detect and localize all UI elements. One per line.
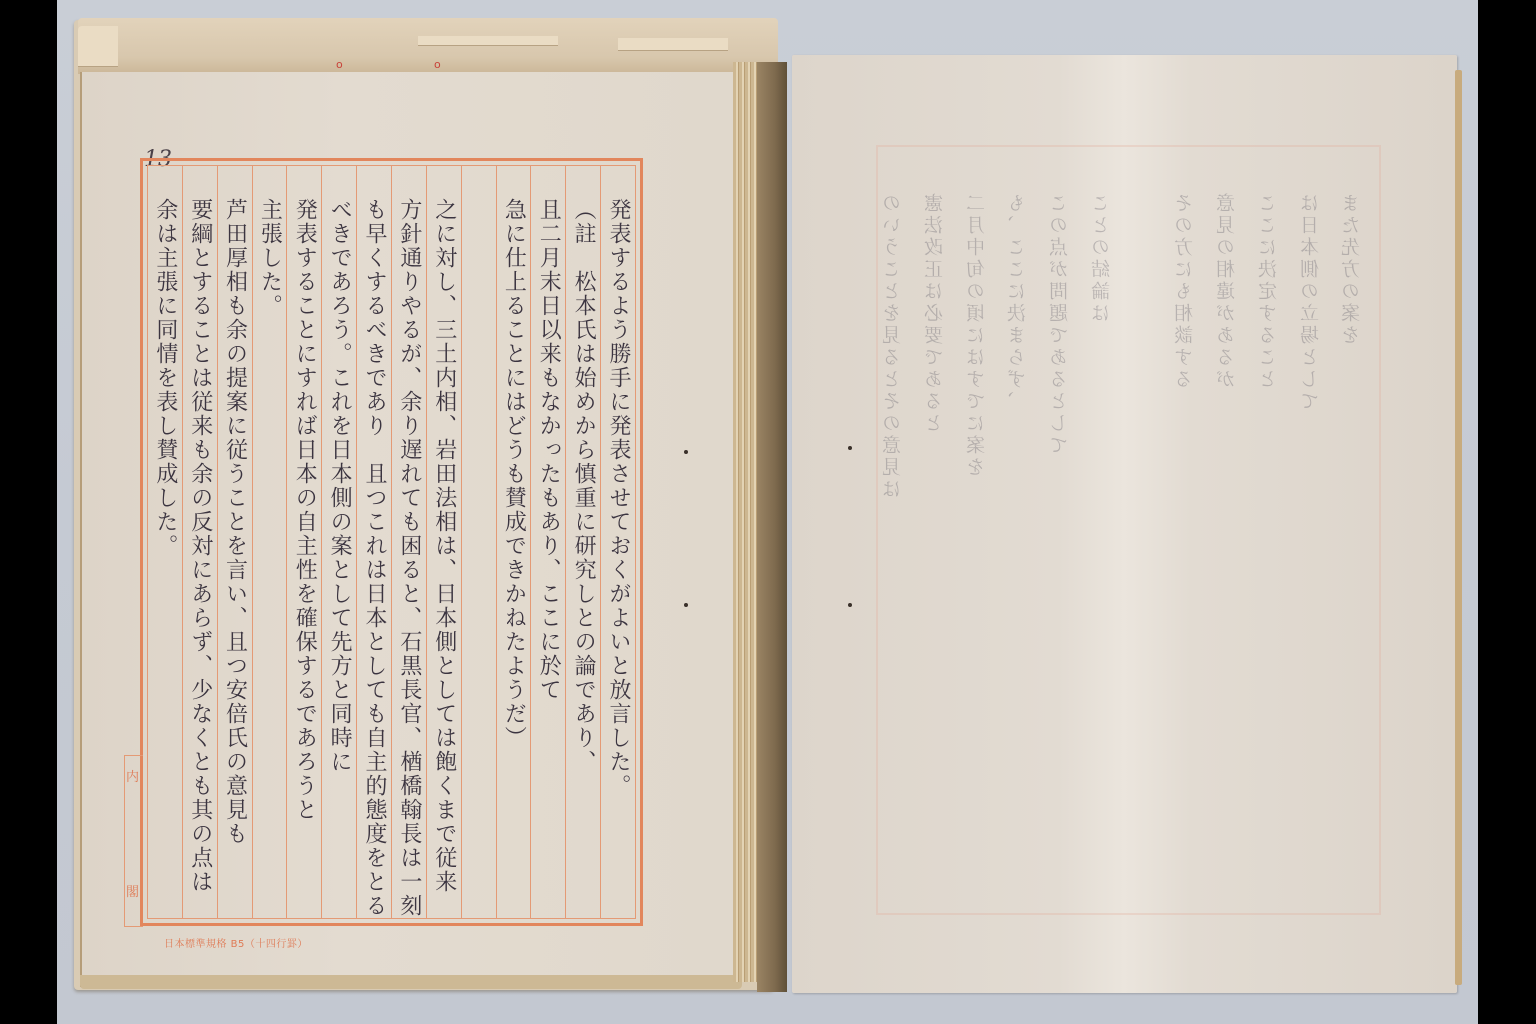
bleed-through-column: も、ここに決まらず、 — [1003, 147, 1045, 913]
cover-red-mark: o — [434, 58, 441, 71]
stamp-char: 閣 — [126, 881, 139, 900]
binding-hole — [848, 603, 852, 607]
manuscript-column: 之に対し、三土内相、岩田法相は、日本側としては飽くまで従来 — [426, 166, 461, 918]
manuscript-column: 要綱とすることは従来も余の反対にあらず、少なくとも其の点は — [182, 166, 217, 918]
manuscript-column: 余は主張に同情を表し賛成した。 — [148, 166, 182, 918]
bleed-through-column — [1129, 147, 1171, 913]
cover-bottom-edge — [80, 975, 742, 989]
binding-hole — [684, 450, 688, 454]
manuscript-column: も早くするべきであり 且つこれは日本としても自主的態度をとる — [356, 166, 391, 918]
bleed-through-column: は日本側の立場として — [1296, 147, 1338, 913]
torn-paper-strip — [418, 36, 558, 46]
bleed-through-column: この点が問題であるとして — [1045, 147, 1087, 913]
bleed-through-column: 意見の相違があるが — [1212, 147, 1254, 913]
left-manuscript-page: 13 発表するよう勝手に発表させておくがよいと放言した。 （註 松本氏は始めから… — [80, 72, 738, 987]
manuscript-column: （註 松本氏は始めから慎重に研究しとの論であり、 — [565, 166, 600, 918]
bleed-through-column: ここに決定すること — [1254, 147, 1296, 913]
manuscript-column: 発表するよう勝手に発表させておくがよいと放言した。 — [600, 166, 635, 918]
binding-hole — [848, 446, 852, 450]
manuscript-column: 発表することにすれば日本の自主性を確保するであろうと — [286, 166, 321, 918]
bleed-through-column: ことの結論は — [1087, 147, 1129, 913]
page-stack-edge — [733, 62, 759, 982]
manuscript-column — [461, 166, 496, 918]
paper-spec-footer: 日本標準規格 B5（十四行罫） — [164, 935, 308, 950]
bleed-through-column: 憲法改正は必要であると — [920, 147, 962, 913]
torn-paper-strip — [618, 38, 728, 51]
bleed-through-column: 二月中旬の頃にはすでに案を — [962, 147, 1004, 913]
bleed-through-column: のいうことを見るとその意見は — [878, 147, 920, 913]
right-manuscript-page: のいうことを見るとその意見は 憲法改正は必要であると 二月中旬の頃にはすでに案を… — [792, 55, 1457, 993]
binding-hole — [684, 603, 688, 607]
manuscript-column: 主張した。 — [252, 166, 287, 918]
cover-red-mark: o — [336, 58, 343, 71]
manuscript-column: 芦田厚相も余の提案に従うことを言い、且つ安倍氏の意見も — [217, 166, 252, 918]
bleed-through-column: その方にも相談する — [1170, 147, 1212, 913]
manuscript-column: 急に仕上ることにはどうも賛成できかねたようだ） — [496, 166, 531, 918]
manuscript-column: 且二月末日以来もなかったもあり、ここに於て — [530, 166, 565, 918]
bleed-through-column: また先方の案を — [1337, 147, 1379, 913]
ruled-columns: 発表するよう勝手に発表させておくがよいと放言した。 （註 松本氏は始めから慎重に… — [147, 165, 636, 919]
cabinet-side-stamp: 内 閣 — [124, 755, 143, 927]
manuscript-column: べきであろう。これを日本側の案として先方と同時に — [321, 166, 356, 918]
binding-gutter — [757, 62, 787, 992]
ruled-grid-frame: 発表するよう勝手に発表させておくがよいと放言した。 （註 松本氏は始めから慎重に… — [140, 158, 643, 926]
right-page-edge — [1455, 70, 1462, 985]
cover-folded-top-edge: o o — [78, 18, 778, 74]
stamp-char: 内 — [126, 766, 139, 785]
torn-paper-corner — [78, 26, 118, 67]
manuscript-column: 方針通りやるが、余り遅れても困ると、石黒長官、楢橋翰長は一刻 — [391, 166, 426, 918]
bleed-through-grid: のいうことを見るとその意見は 憲法改正は必要であると 二月中旬の頃にはすでに案を… — [876, 145, 1381, 915]
